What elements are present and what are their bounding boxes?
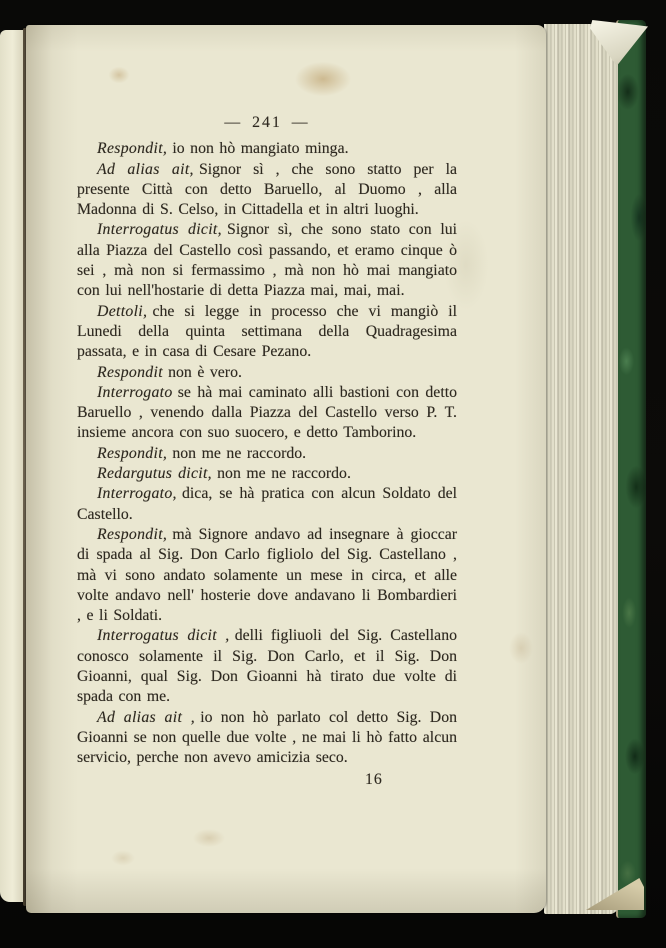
paragraph-text: non è vero. <box>168 364 242 381</box>
book-cover-edge <box>616 20 646 918</box>
paragraph: Responditnon è vero. <box>77 363 457 383</box>
paragraph-lead: Dettoli, <box>97 303 147 320</box>
paragraph-lead: Interrogato <box>97 384 173 401</box>
paragraph-text: non me ne raccordo. <box>217 465 351 482</box>
paragraph: Ad alias ait,Signor sì , che sono statto… <box>77 160 457 221</box>
paragraph: Dettoli,che si legge in processo che vi … <box>77 302 457 363</box>
book-photo: — 241 — Respondit,io non hò mangiato min… <box>0 0 666 948</box>
foxing-stain <box>106 847 140 869</box>
foxing-stain <box>104 63 134 87</box>
page-number-header: — 241 — <box>77 113 457 133</box>
paragraph: Respondit,io non hò mangiato minga. <box>77 139 457 159</box>
paragraph: Respondit,non me ne raccordo. <box>77 444 457 464</box>
paragraph-lead: Interrogatus dicit , <box>97 627 230 644</box>
paragraph-lead: Respondit, <box>97 140 167 157</box>
paragraph: Interrogato,dica, se hà pratica con alcu… <box>77 484 457 525</box>
paragraph: Interrogatus dicit,Signor sì, che sono s… <box>77 220 457 301</box>
page-stack-fore-edge <box>544 24 618 914</box>
paragraph-lead: Interrogato, <box>97 485 177 502</box>
paragraph-text: io non hò mangiato minga. <box>172 140 348 157</box>
paragraph: Interrogatus dicit ,delli figliuoli del … <box>77 626 457 707</box>
foxing-stain <box>186 825 232 851</box>
foxing-stain <box>504 625 538 671</box>
paragraph-lead: Interrogatus dicit, <box>97 221 222 238</box>
paragraph: Interrogatose hà mai caminato alli basti… <box>77 383 457 444</box>
paragraph-lead: Respondit, <box>97 445 167 462</box>
paragraph-lead: Ad alias ait, <box>97 161 194 178</box>
text-column: — 241 — Respondit,io non hò mangiato min… <box>77 113 457 790</box>
paragraph-lead: Ad alias ait , <box>97 709 195 726</box>
paragraph-text: non me ne raccordo. <box>172 445 306 462</box>
book-page: — 241 — Respondit,io non hò mangiato min… <box>26 25 546 913</box>
paragraph-lead: Respondit <box>97 364 163 381</box>
paragraph-lead: Respondit, <box>97 526 167 543</box>
signature-mark: 16 <box>77 770 457 790</box>
paragraph: Respondit,mà Signore andavo ad insegnare… <box>77 525 457 626</box>
paragraph-lead: Redargutus dicit, <box>97 465 212 482</box>
foxing-stain <box>284 55 362 103</box>
paragraph: Redargutus dicit,non me ne raccordo. <box>77 464 457 484</box>
paragraph: Ad alias ait ,io non hò parlato col dett… <box>77 708 457 769</box>
